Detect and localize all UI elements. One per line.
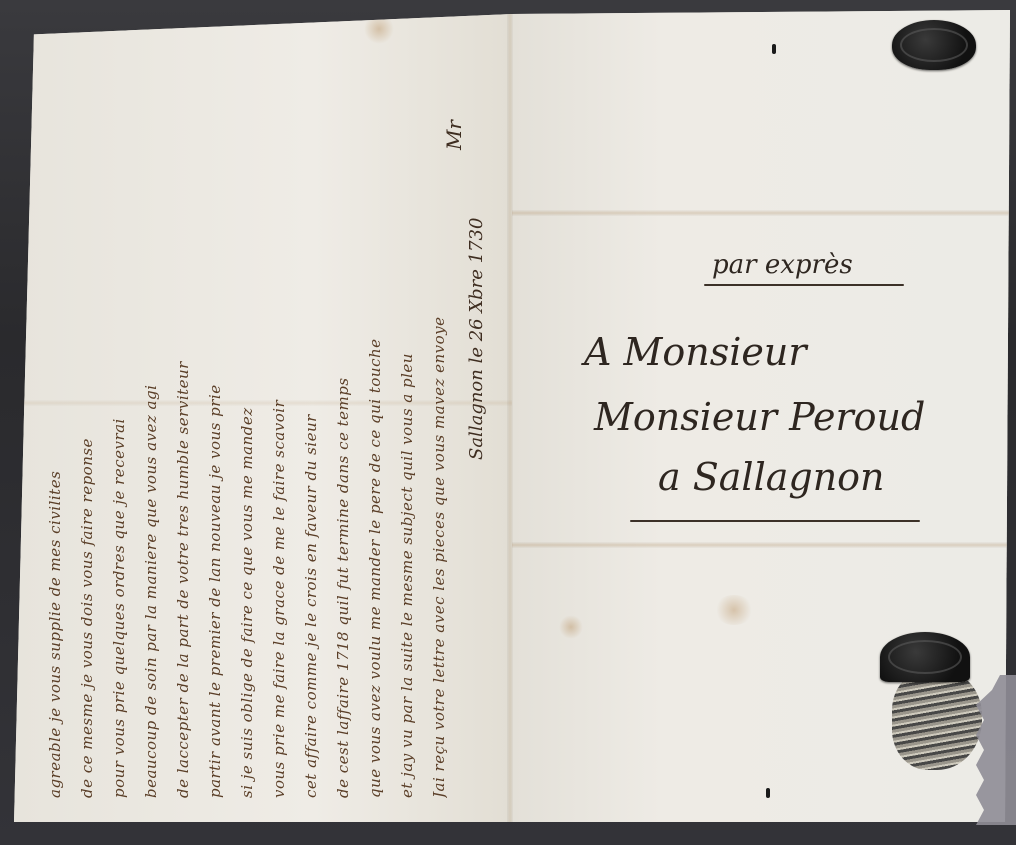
body-line: cet affaire comme je le crois en faveur … — [302, 58, 320, 798]
seal-impression — [888, 640, 962, 674]
letter-dateline: Sallagnon le 26 Xbre 1730 — [466, 80, 487, 460]
letter-salutation: Mr — [442, 120, 466, 150]
body-line: si je suis oblige de faire ce que vous m… — [238, 58, 256, 798]
body-line: pour vous prie quelques ordres que je re… — [110, 58, 128, 798]
pinhole — [766, 788, 770, 798]
seal-impression — [900, 28, 968, 62]
underline — [630, 520, 920, 522]
wax-seal-bottom — [880, 632, 970, 682]
address-line-2: Monsieur Peroud — [594, 395, 925, 439]
foxing-stain — [559, 615, 583, 639]
horizontal-fold-crease-top — [512, 210, 1010, 216]
letter-sheet: Jai reçu votre lettre avec les pieces qu… — [14, 10, 1010, 822]
body-line: que vous avez voulu me mander le pere de… — [366, 58, 384, 798]
vertical-fold-crease — [507, 10, 513, 822]
seal-residue — [892, 670, 982, 770]
body-line: de ce mesme je vous dois vous faire repo… — [78, 58, 96, 798]
body-line: agreable je vous supplie de mes civilite… — [46, 58, 64, 798]
pinhole — [772, 44, 776, 54]
wax-seal-top — [892, 20, 976, 70]
body-line: vous prie me faire la grace de me le fai… — [270, 58, 288, 798]
letter-body: Jai reçu votre lettre avec les pieces qu… — [20, 58, 476, 798]
body-line: de laccepter de la part de votre tres hu… — [174, 58, 192, 798]
underline — [704, 284, 904, 286]
horizontal-fold-crease-bottom — [512, 542, 1010, 548]
body-line: Jai reçu votre lettre avec les pieces qu… — [430, 58, 448, 798]
address-line-1: A Monsieur — [584, 330, 807, 374]
delivery-instruction: par exprès — [712, 250, 853, 280]
foxing-stain — [714, 595, 754, 625]
body-line: partir avant le premier de lan nouveau j… — [206, 58, 224, 798]
address-line-3: a Sallagnon — [658, 455, 885, 499]
body-line: de cest laffaire 1718 quil fut termine d… — [334, 58, 352, 798]
body-line: beaucoup de soin par la maniere que vous… — [142, 58, 160, 798]
body-line: et jay vu par la suite le mesme subject … — [398, 58, 416, 798]
